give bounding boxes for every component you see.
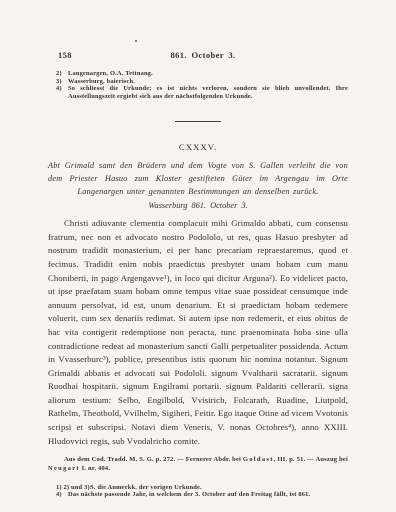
print-speck [135,40,137,42]
footnote-text: Das nächste passende Jahr, in welchem de… [68,491,310,498]
footnote-text: Wasserburg, baierisch. [68,78,135,85]
footnote: 3) Wasserburg, baierisch. [48,78,348,86]
source-note-part: I. nr. 404. [80,465,110,472]
running-header: 158 861. October 3. [48,50,348,62]
scanned-book-page: 158 861. October 3. 2) Langenargen, O.A.… [0,0,396,512]
footnote-label: 2) [56,70,62,78]
footnote: 4) So schliesst die Urkunde; es ist nich… [48,85,348,100]
footnotes-previous-charter: 2) Langenargen, O.A. Tettnang. 3) Wasser… [48,70,348,100]
footnote: 4) Das nächste passende Jahr, in welchem… [48,491,348,499]
footnote-label: 4) [56,491,62,499]
footnote: 2) Langenargen, O.A. Tettnang. [48,70,348,78]
footnote-text: S. die Anmerkk. der vorigen Urkunde. [90,484,202,491]
footnote-label: 1) 2) und 3) [56,484,90,492]
footnote-text: Langenargen, O.A. Tettnang. [68,70,153,77]
footnote-text: So schliesst die Urkunde; es ist nichts … [68,85,348,100]
footnote-label: 4) [56,85,62,93]
footnotes-current-charter: 1) 2) und 3) S. die Anmerkk. der vorigen… [48,484,348,499]
source-note-part: , III. p. 51. — Auszug bei [274,456,348,463]
charter-body-text: Christi adiuvante clementia complacuit m… [48,217,348,448]
charter-regest: Abt Grimald samt den Brüdern und dem Vog… [48,160,348,198]
source-note: Aus dem Cod. Tradd. M. S. G. p. 272. — F… [48,455,348,473]
section-divider-rule [175,121,221,122]
source-note-part: Aus dem Cod. Tradd. M. S. G. p. 272. — F… [64,456,243,463]
source-name-goldast: Goldast [243,456,274,463]
footnote: 1) 2) und 3) S. die Anmerkk. der vorigen… [48,484,348,492]
running-head-date: 861. October 3. [48,50,358,60]
source-name-neugart: Neugart [48,465,80,472]
footnote-label: 3) [56,78,62,86]
charter-number-heading: CXXXV. [48,142,348,152]
charter-dateline: Wasserburg 861. October 3. [48,201,348,210]
